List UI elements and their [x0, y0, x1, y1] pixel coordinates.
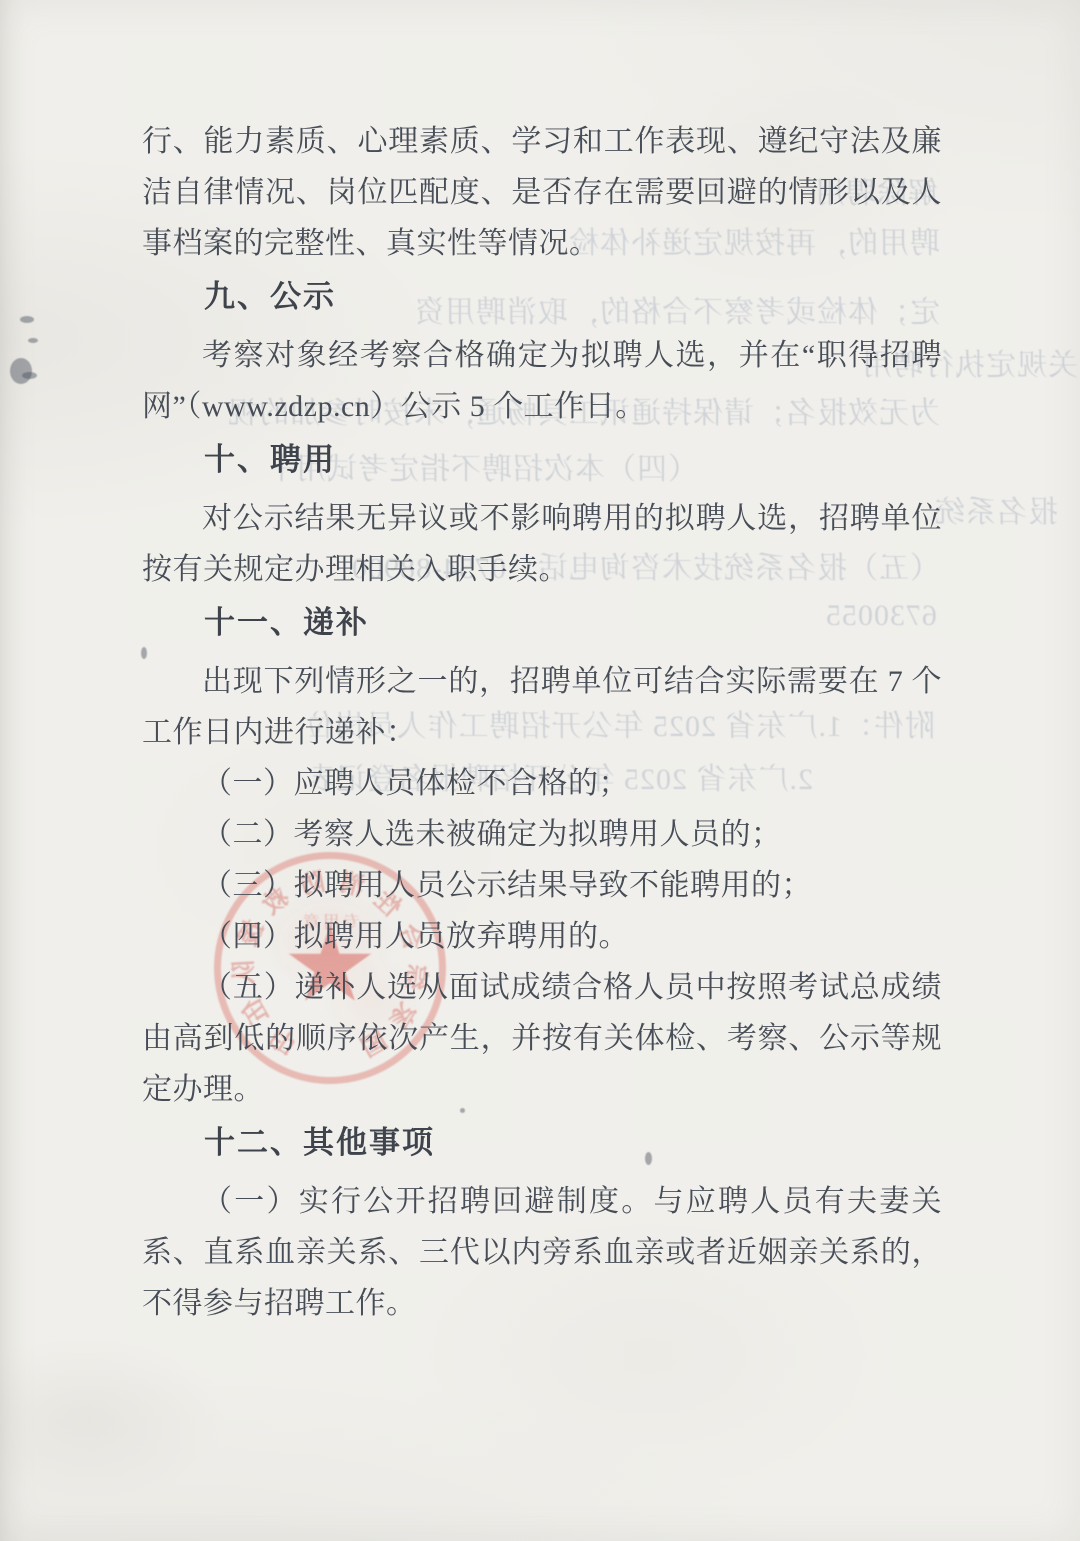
doc-paragraph: （一）实行公开招聘回避制度。与应聘人员有夫妻关系、直系血亲关系、三代以内旁系血亲…: [142, 1176, 942, 1329]
doc-paragraph: 行、能力素质、心理素质、学习和工作表现、遵纪守法及廉洁自律情况、岗位匹配度、是否…: [142, 116, 942, 269]
doc-paragraph: （一）应聘人员体检不合格的；: [142, 758, 942, 809]
doc-paragraph: （二）考察人选未被确定为拟聘用人员的；: [142, 809, 942, 860]
scan-speck: [141, 647, 147, 659]
scan-speck: [460, 1108, 465, 1113]
doc-paragraph: 考察对象经考察合格确定为拟聘人选，并在“职得招聘网”（www.zdzp.cn）公…: [142, 330, 942, 432]
document-text-flow: 行、能力素质、心理素质、学习和工作表现、遵纪守法及廉洁自律情况、岗位匹配度、是否…: [142, 116, 942, 1329]
doc-paragraph: （三）拟聘用人员公示结果导致不能聘用的；: [142, 860, 942, 911]
section-heading: 十一、递补: [142, 597, 942, 648]
section-heading: 九、公示: [142, 271, 942, 322]
section-heading: 十、聘用: [142, 434, 942, 485]
scanned-page: 解除聘用聘用的，再按规定递补体检定；体检或考察不合格的，取消聘用资格关规定执行聘…: [0, 0, 1080, 1541]
doc-paragraph: （四）拟聘用人员放弃聘用的。: [142, 911, 942, 962]
scan-speck: [10, 358, 32, 384]
doc-paragraph: 出现下列情形之一的，招聘单位可结合实际需要在 7 个工作日内进行递补：: [142, 656, 942, 758]
section-heading: 十二、其他事项: [142, 1117, 942, 1168]
scan-speck: [20, 316, 34, 323]
doc-paragraph: 对公示结果无异议或不影响聘用的拟聘人选，招聘单位按有关规定办理相关入职手续。: [142, 493, 942, 595]
doc-paragraph: （五）递补人选从面试成绩合格人员中按照考试总成绩由高到低的顺序依次产生，并按有关…: [142, 962, 942, 1115]
scan-speck: [28, 338, 38, 343]
scan-speck: [645, 1152, 652, 1165]
